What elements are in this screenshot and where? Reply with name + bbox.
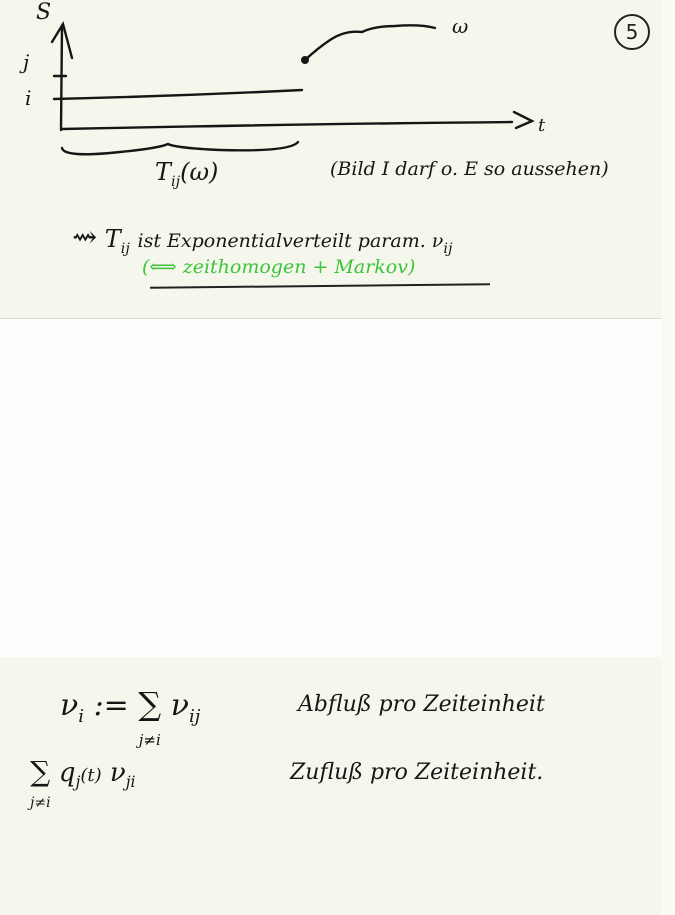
state-j-label: j — [23, 50, 29, 74]
y-axis — [61, 26, 62, 130]
outflow-description: Abfluß pro Zeiteinheit — [298, 692, 545, 717]
x-axis-label: t — [538, 115, 545, 136]
green-note: (⟺ zeithomogen + Markov) — [142, 256, 415, 278]
page-number-badge: 5 — [614, 14, 650, 50]
path-omega — [305, 25, 435, 60]
formula-inflow: ∑ j≠i qj(t) νji — [30, 758, 136, 812]
blanked-region — [0, 318, 662, 657]
time-axis — [62, 122, 512, 129]
y-axis-label: S — [36, 0, 51, 25]
path-label: ω — [452, 14, 468, 38]
inflow-description: Zufluß pro Zeiteinheit. — [290, 760, 543, 785]
implies-arrow: ⇝ — [72, 220, 97, 255]
figure-caption: (Bild I darf o. E so aussehen) — [330, 158, 609, 180]
state-i-label: i — [25, 86, 31, 110]
exponential-statement: ⇝ Tij ist Exponentialverteilt param. νij — [72, 220, 452, 257]
brace-label: Tij(ω) — [155, 158, 218, 190]
path-start-dot — [301, 56, 309, 64]
formula-outflow: νi := ∑ j≠i νij — [60, 688, 200, 751]
state-i-line — [54, 90, 302, 99]
time-axis-arrowhead — [514, 112, 532, 128]
brace — [62, 142, 298, 154]
